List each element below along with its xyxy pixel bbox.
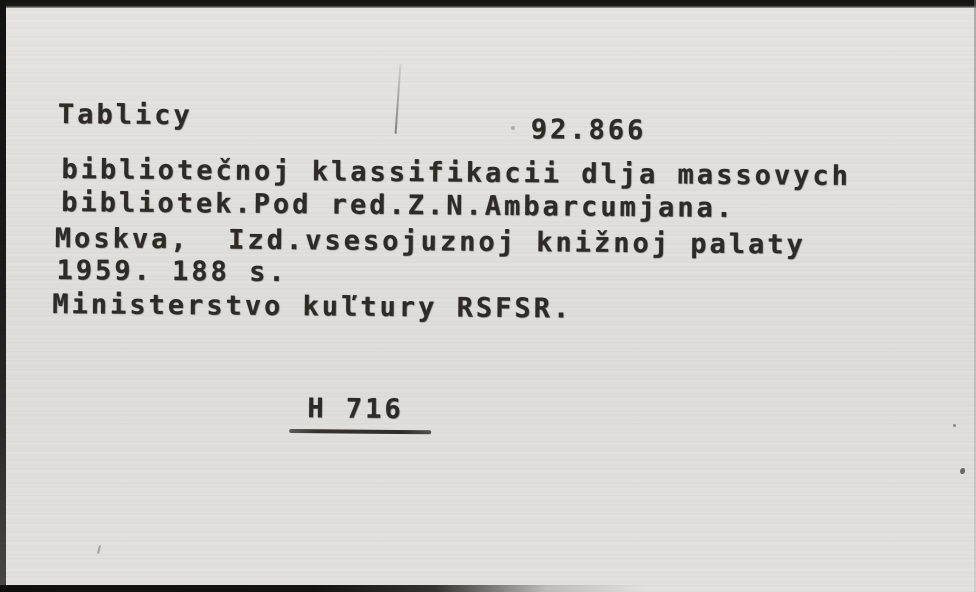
typewritten-text-block: Tablicy 92.866 bibliotečnoj klassifikaci… [0,0,976,592]
card-heading: Tablicy [58,100,193,131]
bibliographic-line: 1959. 188 s. [56,256,287,288]
catalog-card-scan: Tablicy 92.866 bibliotečnoj klassifikaci… [0,0,976,592]
card-number: 92.866 [531,115,647,146]
shelf-mark: H 716 [307,394,404,425]
bibliographic-line: bibliotek.Pod red.Z.N.Ambarcumjana. [61,188,735,224]
shelf-mark-underline [289,429,431,434]
bibliographic-line: Ministerstvo kuľtury RSFSR. [52,290,572,325]
bibliographic-line: bibliotečnoj klassifikacii dlja massovyc… [61,155,851,192]
